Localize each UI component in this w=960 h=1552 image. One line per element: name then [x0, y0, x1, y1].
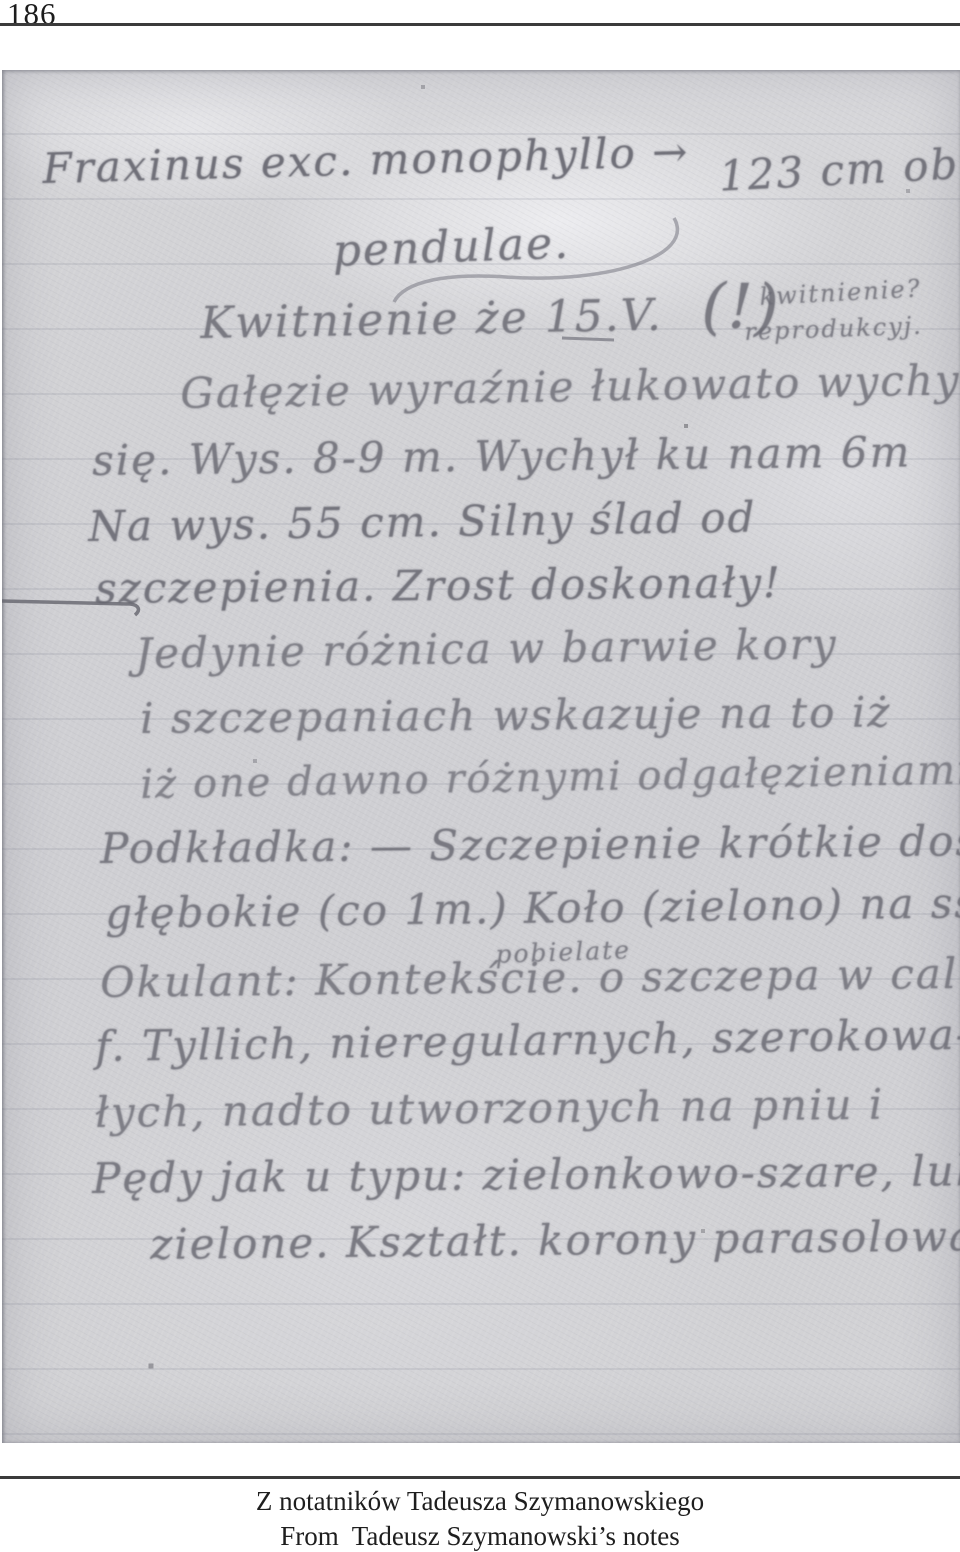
handwriting-line: zielone. Kształt. korony parasolowaty. [150, 1215, 960, 1266]
handwriting-annotation: kwitnienie? [759, 277, 922, 309]
handwriting-line: Podkładka: — Szczepienie krótkie dość [100, 820, 960, 870]
header-rule [0, 23, 960, 26]
handwriting-line: głębokie (co 1m.) Koło (zielono) na ss. [105, 882, 960, 935]
caption-english: From Tadeusz Szymanowski’s notes [0, 1521, 960, 1552]
handwriting-line: 123 cm obw [718, 141, 960, 198]
handwriting-line: Okulant: Kontekście. o szczepa w cal [100, 953, 958, 1004]
handwriting-line: Na wys. 55 cm. Silny ślad od [88, 497, 757, 548]
handwriting-line: i szczepaniach wskazuje na to iż [140, 691, 892, 740]
caption-polish: Z notatników Tadeusza Szymanowskiego [0, 1486, 960, 1517]
handwriting-annotation: reprodukcyj. [744, 314, 923, 344]
notebook-scan-photo: Fraxinus exc. monophyllo → 123 cm obw pe… [2, 70, 960, 1443]
handwriting-line: Pędy jak u typu: zielonkowo-szare, lub [92, 1150, 960, 1200]
handwriting-line: Gałęzie wyraźnie łukowato wychylają [180, 358, 960, 415]
handwriting-line: szczepienia. Zrost doskonały! [95, 562, 782, 610]
footer-rule [0, 1476, 960, 1479]
handwriting-line: pendulae. [332, 222, 571, 274]
handwriting-line: Jedynie różnica w barwie kory [135, 623, 838, 675]
handwriting-line: się. Wys. 8-9 m. Wychył ku nam 6m [92, 431, 912, 482]
handwriting-line: Kwitnienie że 15.V. [200, 294, 663, 346]
handwriting-line: łych, nadto utworzonych na pniu i [95, 1084, 885, 1134]
paper-specks [2, 70, 4, 72]
handwriting-line: f. Tyllich, nieregularnych, szerokowa- [95, 1014, 960, 1068]
handwriting-line: iż one dawno różnymi odgałęzieniami [140, 750, 960, 805]
handwriting-line: Fraxinus exc. monophyllo → [42, 131, 690, 190]
book-page: 186 Fraxinus exc. monophyllo → 123 cm ob… [0, 0, 960, 1552]
